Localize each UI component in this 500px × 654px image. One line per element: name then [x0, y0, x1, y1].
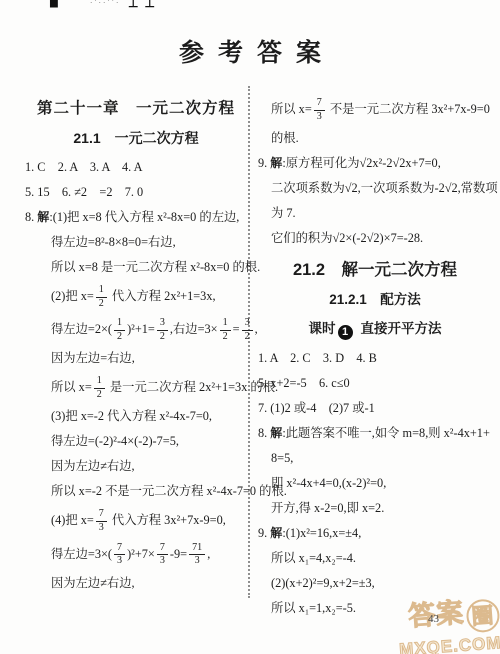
answer-line: 5. x+2=-5 6. c≤0	[258, 376, 492, 392]
watermark-logo: 答案圈 MXQE.COM	[388, 588, 500, 654]
answer-line: (4)把 x=73 代入方程 3x²+7x-9=0,	[51, 509, 247, 533]
answer-line: 为 7.	[271, 206, 492, 222]
answer-line: 8. 解:(1)把 x=8 代入方程 x²-8x=0 的左边,	[25, 210, 247, 226]
header-fragment-icon: ▆	[50, 0, 58, 8]
lesson-heading: 课时1直接开平方法	[258, 317, 492, 340]
watermark-text: 答案圈	[388, 588, 500, 639]
chapter-heading: 第二十一章 一元二次方程	[25, 96, 247, 118]
answer-lines: 1. A 2. C 3. D 4. B5. x+2=-5 6. c≤07. (1…	[258, 351, 492, 617]
page-title: 参考答案	[0, 33, 500, 69]
answer-line: 8=5,	[271, 451, 492, 467]
answer-line: 1. A 2. C 3. D 4. B	[258, 351, 492, 367]
answer-line: 得左边=(-2)²-4×(-2)-7=5,	[51, 434, 247, 450]
answer-line: 得左边=3×(73)²+7×73-9=713,	[51, 543, 247, 567]
answer-line: 5. 15 6. ≠2 =2 7. 0	[25, 185, 247, 201]
answer-line: (2)(x+2)²=9,x+2=±3,	[271, 576, 492, 592]
answer-line: 9. 解:(1)x²=16,x=±4,	[258, 526, 492, 542]
answer-line: 它们的积为√2×(-2√2)×7=-28.	[271, 231, 492, 247]
subsection-heading: 21.2.1 配方法	[258, 288, 492, 308]
answer-line: 得左边=8²-8×8=0=右边,	[51, 235, 247, 251]
answer-line: 得左边=2×(12)²+1=32,右边=3×12=32,	[51, 318, 247, 342]
answer-line: 二次项系数为√2,一次项系数为-2√2,常数项	[271, 181, 492, 197]
answer-line: 8. 解:此题答案不唯一,如令 m=8,则 x²-4x+1+	[258, 426, 492, 442]
left-column: 第二十一章 一元二次方程 21.1 一元二次方程 1. C 2. A 3. A …	[25, 96, 247, 601]
answer-line: 所以 x=73 不是一元二次方程 3x²+7x-9=0	[271, 98, 492, 122]
answer-line: 9. 解:原方程可化为√2x²-2√2x+7=0,	[258, 156, 492, 172]
answer-line: 所以 x=8 是一元二次方程 x²-8x=0 的根.	[51, 260, 247, 276]
section-heading: 21.1 一元二次方程	[25, 128, 247, 148]
header-fragment-marks: ⊥⊥	[128, 0, 161, 10]
answer-lines: 所以 x=73 不是一元二次方程 3x²+7x-9=0的根.9. 解:原方程可化…	[258, 98, 492, 247]
lesson-prefix: 课时	[309, 321, 336, 336]
header-fragment-text: ·˙··˙˙·	[90, 0, 120, 7]
answer-line: (2)把 x=12 代入方程 2x²+1=3x,	[51, 285, 247, 309]
answer-line: 的根.	[271, 131, 492, 147]
answer-line: 所以 x₁=4,x₂=-4.	[271, 551, 492, 567]
answer-line: (3)把 x=-2 代入方程 x²-4x-7=0,	[51, 409, 247, 425]
answer-line: 因为左边≠右边,	[51, 459, 247, 475]
right-column: 所以 x=73 不是一元二次方程 3x²+7x-9=0的根.9. 解:原方程可化…	[258, 98, 492, 626]
answer-lines: 1. C 2. A 3. A 4. A5. 15 6. ≠2 =2 7. 08.…	[25, 160, 247, 592]
answer-line: 7. (1)2 或-4 (2)7 或-1	[258, 401, 492, 417]
page-header-fragments: ▆ ·˙··˙˙· ⊥⊥	[0, 0, 500, 14]
answer-line: 因为左边=右边,	[51, 351, 247, 367]
page-number: 43	[428, 613, 439, 625]
answer-line: 即 x²-4x+4=0,(x-2)²=0,	[271, 476, 492, 492]
answer-line: 开方,得 x-2=0,即 x=2.	[271, 501, 492, 517]
lesson-title: 直接开平方法	[361, 321, 442, 336]
answer-line: 1. C 2. A 3. A 4. A	[25, 160, 247, 176]
watermark-circle-char: 圈	[465, 598, 500, 633]
answer-line: 所以 x=12 是一元二次方程 2x²+1=3x 的根.	[51, 376, 247, 400]
lesson-number-badge: 1	[338, 325, 353, 340]
section-heading: 21.2 解一元二次方程	[258, 256, 492, 280]
answer-line: 因为左边≠右边,	[51, 576, 247, 592]
answer-line: 所以 x=-2 不是一元二次方程 x²-4x-7=0 的根.	[51, 484, 247, 500]
